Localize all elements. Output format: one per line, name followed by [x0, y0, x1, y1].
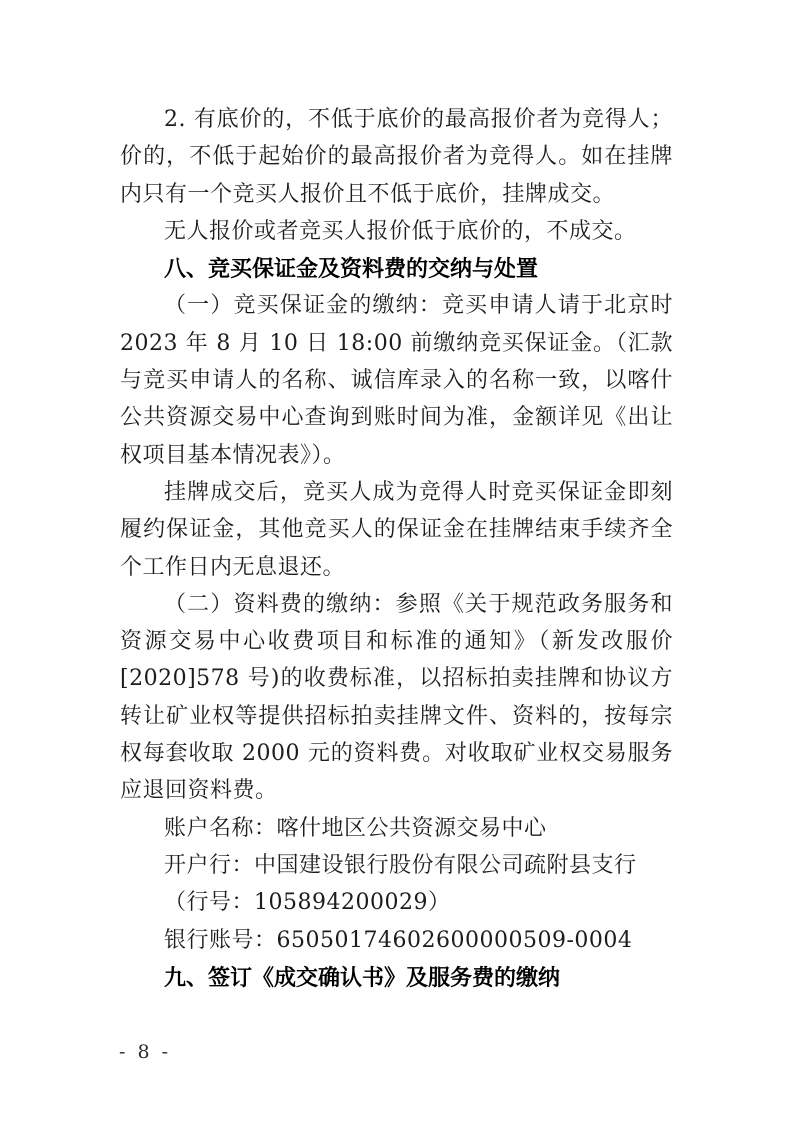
body-line: 权项目基本情况表》）。	[120, 437, 673, 474]
body-line: 2. 有底价的，不低于底价的最高报价者为竞得人；无底	[120, 101, 673, 138]
body-line: （二）资料费的缴纳：参照《关于规范政务服务和公共	[120, 586, 673, 623]
body-line: 转让矿业权等提供招标拍卖挂牌文件、资料的，按每宗矿业	[120, 698, 673, 735]
body-line: 公共资源交易中心查询到账时间为准，金额详见《出让采矿	[120, 399, 673, 436]
bank-code-line: （行号：105894200029）	[120, 884, 673, 921]
body-line: 挂牌成交后，竞买人成为竞得人时竞买保证金即刻转为	[120, 474, 673, 511]
body-line: [2020]578 号)的收费标准，以招标拍卖挂牌和协议方式出让、	[120, 660, 673, 697]
bank-name-line: 开户行：中国建设银行股份有限公司疏附县支行	[120, 847, 673, 884]
body-line: 个工作日内无息退还。	[120, 549, 673, 586]
body-line: 2023 年 8 月 10 日 18:00 前缴纳竞买保证金。（汇款账户需	[120, 325, 673, 362]
document-page: 2. 有底价的，不低于底价的最高报价者为竞得人；无底 价的，不低于起始价的最高报…	[0, 0, 793, 1122]
body-line: 内只有一个竞买人报价且不低于底价，挂牌成交。	[120, 176, 673, 213]
document-body: 2. 有底价的，不低于底价的最高报价者为竞得人；无底 价的，不低于起始价的最高报…	[120, 101, 673, 996]
body-line: 无人报价或者竞买人报价低于底价的，不成交。	[120, 213, 673, 250]
body-line: 资源交易中心收费项目和标准的通知》（新发改服价	[120, 623, 673, 660]
section-heading-9: 九、签订《成交确认书》及服务费的缴纳	[120, 959, 673, 996]
body-line: 应退回资料费。	[120, 772, 673, 809]
body-line: 履约保证金，其他竞买人的保证金在挂牌结束手续齐全后 5	[120, 511, 673, 548]
body-line: （一）竞买保证金的缴纳：竞买申请人请于北京时间	[120, 287, 673, 324]
section-heading-8: 八、竞买保证金及资料费的交纳与处置	[120, 250, 673, 287]
page-number: - 8 -	[119, 1040, 171, 1064]
account-name-line: 账户名称：喀什地区公共资源交易中心	[120, 810, 673, 847]
body-line: 价的，不低于起始价的最高报价者为竞得人。如在挂牌期限	[120, 138, 673, 175]
body-line: 权每套收取 2000 元的资料费。对收取矿业权交易服务费的	[120, 735, 673, 772]
bank-account-line: 银行账号：65050174602600000509-0004	[120, 922, 673, 959]
body-line: 与竞买申请人的名称、诚信库录入的名称一致，以喀什地区	[120, 362, 673, 399]
